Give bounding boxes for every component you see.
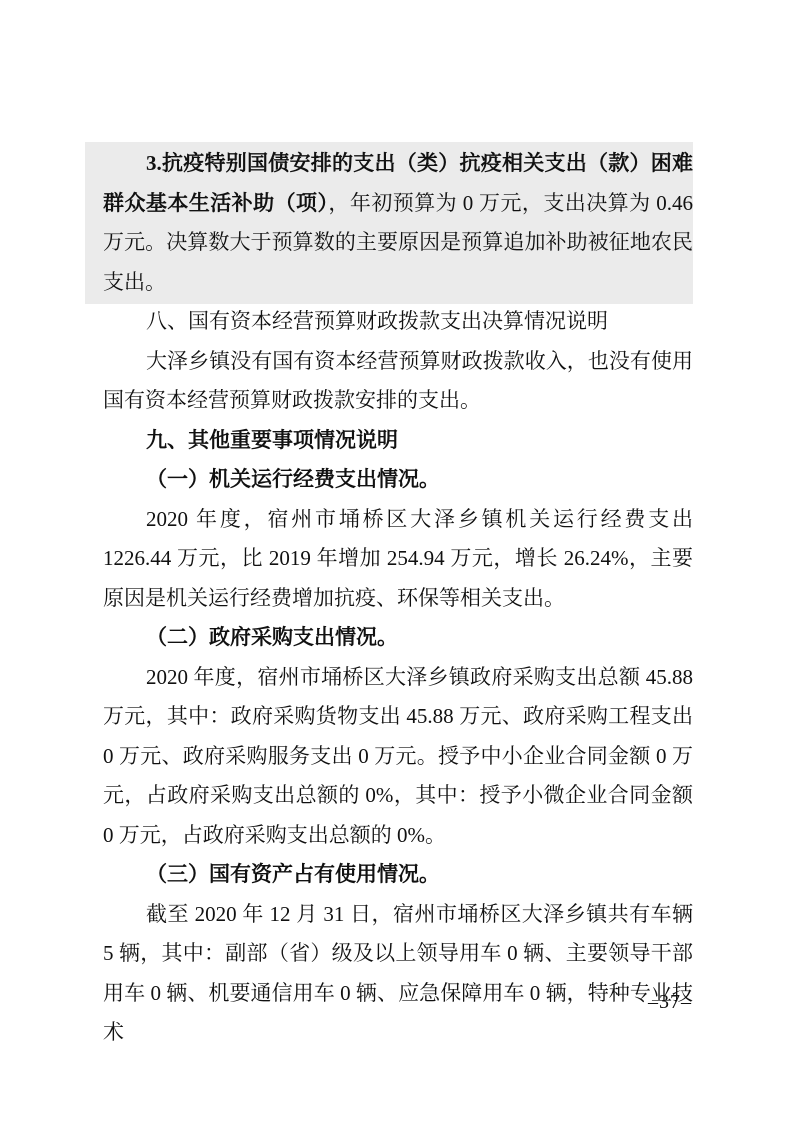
heading-sub-1: （一）机关运行经费支出情况。	[103, 460, 693, 500]
para-state-capital-budget: 大泽乡镇没有国有资本经营预算财政拨款收入，也没有使用国有资本经营预算财政拨款安排…	[103, 342, 693, 421]
heading-sub-3: （三）国有资产占有使用情况。	[103, 855, 693, 895]
para-antiepidemic-bond-expenditure-bold-lead: 3.抗疫特别国债安排的支出（类）抗疫相关支出（款）困难群众基本生活补助（项）	[103, 151, 693, 215]
document-page: 3.抗疫特别国债安排的支出（类）抗疫相关支出（款）困难群众基本生活补助（项），年…	[0, 0, 793, 1122]
document-content: 3.抗疫特别国债安排的支出（类）抗疫相关支出（款）困难群众基本生活补助（项），年…	[103, 144, 693, 1053]
para-government-procurement: 2020 年度，宿州市埇桥区大泽乡镇政府采购支出总额 45.88 万元，其中：政…	[103, 658, 693, 856]
para-state-assets-vehicles: 截至 2020 年 12 月 31 日，宿州市埇桥区大泽乡镇共有车辆 5 辆，其…	[103, 895, 693, 1053]
para-antiepidemic-bond-expenditure: 3.抗疫特别国债安排的支出（类）抗疫相关支出（款）困难群众基本生活补助（项），年…	[85, 142, 693, 304]
para-operating-expense: 2020 年度，宿州市埇桥区大泽乡镇机关运行经费支出 1226.44 万元，比 …	[103, 500, 693, 619]
heading-section-8: 八、国有资本经营预算财政拨款支出决算情况说明	[103, 302, 693, 342]
heading-section-9: 九、其他重要事项情况说明	[103, 421, 693, 461]
page-number: –37–	[648, 990, 692, 1014]
heading-sub-2: （二）政府采购支出情况。	[103, 618, 693, 658]
